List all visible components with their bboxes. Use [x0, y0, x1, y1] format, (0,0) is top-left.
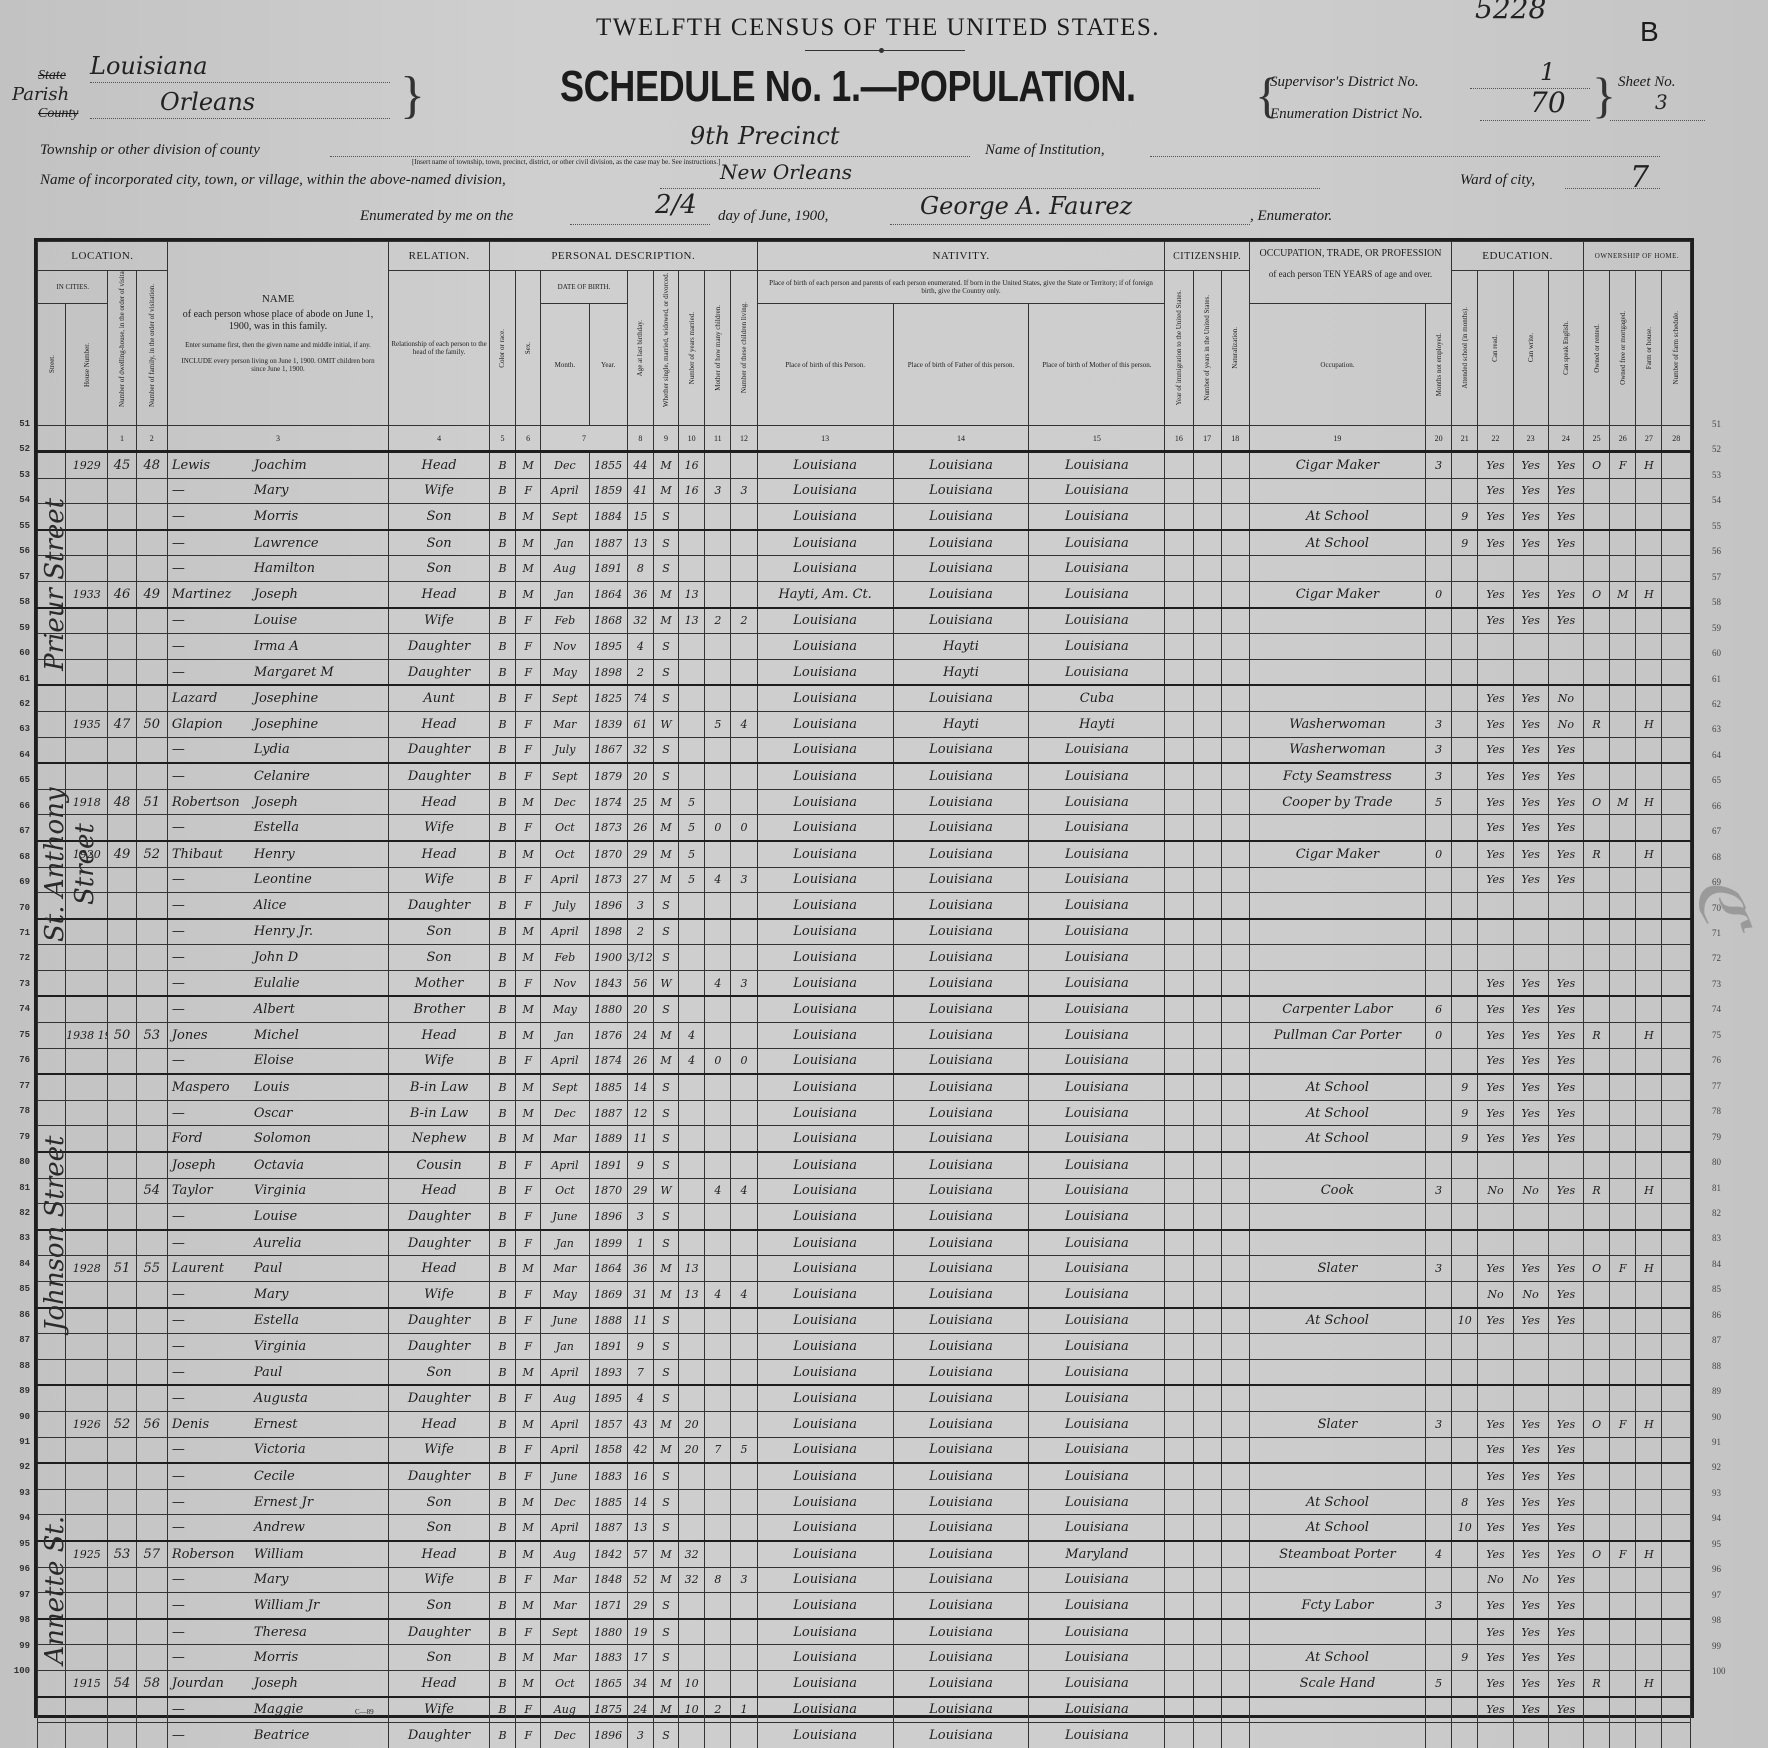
month-cell: May — [541, 1282, 589, 1308]
imm-cell — [1165, 1152, 1193, 1178]
pob-m-cell: Hayti — [1029, 711, 1165, 737]
color-cell: B — [489, 634, 515, 660]
age-cell: 31 — [627, 1282, 653, 1308]
pob-f-cell: Louisiana — [893, 1385, 1029, 1411]
farm-cell — [1636, 1308, 1662, 1334]
color-cell: B — [489, 893, 515, 919]
mother-of-cell — [705, 789, 731, 815]
pob-cell: Louisiana — [757, 530, 893, 556]
farm-sched-cell — [1662, 452, 1691, 479]
mother-of-cell — [705, 1152, 731, 1178]
ward-label: Ward of city, — [1460, 172, 1535, 189]
unemp-cell — [1426, 867, 1452, 893]
school-cell — [1452, 763, 1478, 789]
line-number: 84 — [2, 1259, 30, 1269]
marital-cell: M — [653, 815, 678, 841]
county-field-line — [90, 118, 390, 119]
pob-f-cell: Louisiana — [893, 1593, 1029, 1619]
school-cell — [1452, 1697, 1478, 1723]
farm-sched-cell — [1662, 1152, 1691, 1178]
living-cell — [731, 1359, 757, 1385]
family-cell — [136, 1515, 167, 1541]
sex-cell: F — [516, 685, 541, 711]
school-cell — [1452, 1359, 1478, 1385]
pob-cell: Louisiana — [757, 634, 893, 660]
living-cell: 3 — [731, 970, 757, 996]
surname: — — [168, 898, 254, 913]
relation-cell: Head — [389, 711, 490, 737]
family-cell — [136, 1074, 167, 1100]
immigration-header: Year of immigration to the United States… — [1165, 271, 1193, 426]
mother-of-cell: 4 — [705, 1178, 731, 1204]
yrs-married-cell — [679, 1359, 705, 1385]
occupation-cell — [1249, 815, 1425, 841]
unemp-cell: 0 — [1426, 581, 1452, 607]
age-cell: 9 — [627, 1334, 653, 1360]
school-cell — [1452, 945, 1478, 971]
farm-cell — [1636, 1619, 1662, 1645]
year-cell: 1887 — [589, 1515, 627, 1541]
farm-cell — [1636, 1489, 1662, 1515]
pob-m-cell: Louisiana — [1029, 763, 1165, 789]
month-cell: Sept — [541, 504, 589, 530]
farm-cell — [1636, 815, 1662, 841]
living-cell — [731, 1126, 757, 1152]
year-cell: 1825 — [589, 685, 627, 711]
imm-cell — [1165, 945, 1193, 971]
family-cell: 52 — [136, 841, 167, 867]
year-cell: 1876 — [589, 1023, 627, 1049]
pob-cell: Louisiana — [757, 1411, 893, 1437]
line-number-right: 55 — [1712, 521, 1721, 531]
marital-cell: S — [653, 504, 678, 530]
free-cell — [1610, 1437, 1636, 1463]
pob-m-cell: Louisiana — [1029, 1178, 1165, 1204]
age-cell: 8 — [627, 556, 653, 582]
color-cell: B — [489, 1359, 515, 1385]
pob-f-cell: Louisiana — [893, 1697, 1029, 1723]
occupation-cell — [1249, 478, 1425, 504]
free-cell — [1610, 867, 1636, 893]
free-cell — [1610, 685, 1636, 711]
institution-label: Name of Institution, — [985, 142, 1105, 159]
write-cell: Yes — [1513, 1593, 1548, 1619]
name-cell: —Hamilton — [167, 556, 388, 582]
pob-m-cell: Louisiana — [1029, 841, 1165, 867]
name-cell: —Henry Jr. — [167, 919, 388, 945]
mother-of-cell: 4 — [705, 867, 731, 893]
column-header-text: Can speak English. — [1562, 321, 1570, 375]
pob-m-cell: Louisiana — [1029, 970, 1165, 996]
occupation-cell: Fcty Seamstress — [1249, 763, 1425, 789]
mother-of-cell — [705, 996, 731, 1022]
marital-cell: S — [653, 919, 678, 945]
marital-cell: S — [653, 1230, 678, 1256]
brace-right: } — [1592, 66, 1616, 124]
relation-cell: Head — [389, 1023, 490, 1049]
yrs-us-cell — [1193, 1308, 1221, 1334]
given-name: Paul — [254, 1261, 282, 1276]
own-cell: O — [1584, 1256, 1610, 1282]
marital-cell: S — [653, 530, 678, 556]
surname: Joseph — [168, 1158, 254, 1173]
dwelling-header: Number of dwelling-house, in the order o… — [108, 271, 136, 426]
family-cell: 50 — [136, 711, 167, 737]
living-cell: 3 — [731, 478, 757, 504]
pob-m-cell: Louisiana — [1029, 1126, 1165, 1152]
yrs-us-cell — [1193, 1489, 1221, 1515]
line-number: 70 — [2, 903, 30, 913]
line-number-right: 94 — [1712, 1513, 1721, 1523]
age-cell: 13 — [627, 1515, 653, 1541]
sex-cell: M — [516, 1489, 541, 1515]
month-cell: April — [541, 1359, 589, 1385]
table-row: —TheresaDaughterBFSept188019SLouisianaLo… — [38, 1619, 1691, 1645]
given-name: Virginia — [254, 1183, 306, 1198]
pob-f-cell: Louisiana — [893, 556, 1029, 582]
sex-cell: F — [516, 1723, 541, 1748]
year-cell: 1885 — [589, 1074, 627, 1100]
year-cell: 1895 — [589, 1385, 627, 1411]
pob-m-cell: Louisiana — [1029, 1282, 1165, 1308]
name-cell: RobersonWilliam — [167, 1541, 388, 1567]
speak-cell: Yes — [1548, 1619, 1583, 1645]
line-number-right: 54 — [1712, 495, 1721, 505]
street-name-label: Annette St. — [40, 1488, 68, 1692]
speak-cell: Yes — [1548, 867, 1583, 893]
write-cell: Yes — [1513, 1048, 1548, 1074]
name-cell: —Victoria — [167, 1437, 388, 1463]
mother-of-cell — [705, 1489, 731, 1515]
farm-sched-cell — [1662, 1541, 1691, 1567]
pob-f-cell: Louisiana — [893, 919, 1029, 945]
group-ownership: OWNERSHIP OF HOME. — [1584, 242, 1691, 271]
school-cell: 10 — [1452, 1515, 1478, 1541]
yrs-us-cell — [1193, 608, 1221, 634]
sex-cell: F — [516, 608, 541, 634]
mother-of-cell — [705, 1126, 731, 1152]
pob-cell: Louisiana — [757, 893, 893, 919]
sex-cell: M — [516, 1645, 541, 1671]
year-cell: 1855 — [589, 452, 627, 479]
age-cell: 36 — [627, 581, 653, 607]
line-number: 51 — [2, 419, 30, 429]
dob-header: DATE OF BIRTH. — [541, 271, 628, 304]
sheet-side-letter: B — [1640, 16, 1659, 48]
given-name: Aurelia — [254, 1236, 302, 1251]
house-cell — [66, 919, 108, 945]
pob-f-cell: Louisiana — [893, 1308, 1029, 1334]
table-row: 19184851RobertsonJosephHeadBMDec187425M5… — [38, 789, 1691, 815]
line-number-right: 93 — [1712, 1488, 1721, 1498]
table-row: —LydiaDaughterBFJuly186732SLouisianaLoui… — [38, 737, 1691, 763]
speak-cell — [1548, 556, 1583, 582]
farm-sched-cell — [1662, 478, 1691, 504]
line-number-right: 99 — [1712, 1641, 1721, 1651]
name-cell: RobertsonJoseph — [167, 789, 388, 815]
school-cell — [1452, 737, 1478, 763]
living-cell — [731, 1256, 757, 1282]
own-cell — [1584, 1489, 1610, 1515]
occupation-cell: Scale Hand — [1249, 1670, 1425, 1696]
mother-of-cell — [705, 1670, 731, 1696]
own-cell — [1584, 1074, 1610, 1100]
write-cell: Yes — [1513, 841, 1548, 867]
name-cell: —Estella — [167, 1308, 388, 1334]
mother-of-cell — [705, 634, 731, 660]
column-header-text: Number of farm schedule. — [1672, 311, 1680, 384]
write-cell — [1513, 1334, 1548, 1360]
pob-m-cell: Louisiana — [1029, 1048, 1165, 1074]
occupation-cell: At School — [1249, 1074, 1425, 1100]
house-cell — [66, 1100, 108, 1126]
year-cell: 1896 — [589, 1723, 627, 1748]
pob-cell: Louisiana — [757, 1489, 893, 1515]
dwelling-cell — [108, 1463, 136, 1489]
year-cell: 1880 — [589, 996, 627, 1022]
relation-cell: Daughter — [389, 1619, 490, 1645]
nat-cell — [1221, 1567, 1249, 1593]
imm-cell — [1165, 1645, 1193, 1671]
yrs-us-cell — [1193, 556, 1221, 582]
age-cell: 74 — [627, 685, 653, 711]
marital-cell: S — [653, 1100, 678, 1126]
speak-cell — [1548, 893, 1583, 919]
free-cell — [1610, 1204, 1636, 1230]
surname: Jourdan — [168, 1676, 254, 1691]
ward-value: 7 — [1630, 160, 1649, 195]
surname: — — [168, 1209, 254, 1224]
pob-m-cell: Louisiana — [1029, 1723, 1165, 1748]
unemp-cell — [1426, 1048, 1452, 1074]
table-row: 19354750GlapionJosephineHeadBFMar183961W… — [38, 711, 1691, 737]
yrs-married-cell: 16 — [679, 452, 705, 479]
mother-of-cell: 2 — [705, 608, 731, 634]
imm-cell — [1165, 1256, 1193, 1282]
mother-of-cell — [705, 504, 731, 530]
school-cell — [1452, 867, 1478, 893]
surname: — — [168, 1391, 254, 1406]
speak-cell: No — [1548, 711, 1583, 737]
pob-m-cell: Louisiana — [1029, 530, 1165, 556]
yrs-us-cell — [1193, 996, 1221, 1022]
pob-m-cell: Louisiana — [1029, 556, 1165, 582]
line-number: 67 — [2, 826, 30, 836]
living-cell — [731, 452, 757, 479]
family-cell — [136, 1126, 167, 1152]
read-cell: Yes — [1478, 1541, 1513, 1567]
unemp-cell — [1426, 1385, 1452, 1411]
yrs-us-cell — [1193, 1593, 1221, 1619]
sex-cell: M — [516, 1100, 541, 1126]
farm-cell — [1636, 504, 1662, 530]
line-number: 87 — [2, 1335, 30, 1345]
age-cell: 4 — [627, 634, 653, 660]
given-name: Augusta — [254, 1391, 308, 1406]
dwelling-cell — [108, 1619, 136, 1645]
unemp-cell — [1426, 608, 1452, 634]
relation-cell: Son — [389, 556, 490, 582]
occupation-cell: Cigar Maker — [1249, 581, 1425, 607]
yrs-us-cell — [1193, 919, 1221, 945]
age-cell: 44 — [627, 452, 653, 479]
month-cell: July — [541, 893, 589, 919]
nat-cell — [1221, 996, 1249, 1022]
yrs-married-cell: 13 — [679, 581, 705, 607]
pob-m-cell: Louisiana — [1029, 504, 1165, 530]
yrs-us-cell — [1193, 763, 1221, 789]
column-header-text: Number of years married. — [688, 312, 696, 384]
pob-m-cell: Louisiana — [1029, 996, 1165, 1022]
house-cell — [66, 1567, 108, 1593]
nat-cell — [1221, 1489, 1249, 1515]
occupation-cell: At School — [1249, 530, 1425, 556]
table-row: —CecileDaughterBFJune188316SLouisianaLou… — [38, 1463, 1691, 1489]
school-cell — [1452, 841, 1478, 867]
unemp-cell — [1426, 659, 1452, 685]
speak-cell: Yes — [1548, 530, 1583, 556]
farm-sched-cell — [1662, 1645, 1691, 1671]
column-header-text: Owned or rented. — [1593, 324, 1601, 373]
speak-cell — [1548, 1334, 1583, 1360]
age-cell: 26 — [627, 815, 653, 841]
line-number: 55 — [2, 521, 30, 531]
yrs-us-cell — [1193, 634, 1221, 660]
free-cell — [1610, 1230, 1636, 1256]
yrs-us-cell — [1193, 1334, 1221, 1360]
school-cell — [1452, 996, 1478, 1022]
nat-cell — [1221, 1256, 1249, 1282]
pob-m-cell: Maryland — [1029, 1541, 1165, 1567]
free-cell — [1610, 1048, 1636, 1074]
table-row: —AlbertBrotherBMMay188020SLouisianaLouis… — [38, 996, 1691, 1022]
occupation-cell — [1249, 556, 1425, 582]
pob-cell: Louisiana — [757, 1256, 893, 1282]
color-cell: B — [489, 452, 515, 479]
pob-f-cell: Louisiana — [893, 763, 1029, 789]
yrs-us-cell — [1193, 970, 1221, 996]
imm-cell — [1165, 1204, 1193, 1230]
pob-f-cell: Louisiana — [893, 737, 1029, 763]
family-cell — [136, 1334, 167, 1360]
table-row: JosephOctaviaCousinBFApril18919SLouisian… — [38, 1152, 1691, 1178]
dwelling-cell — [108, 893, 136, 919]
farm-sched-cell — [1662, 1230, 1691, 1256]
farm-sched-cell — [1662, 1204, 1691, 1230]
color-cell: B — [489, 1074, 515, 1100]
column-header-text: Can write. — [1527, 333, 1535, 362]
occupation-cell — [1249, 608, 1425, 634]
family-cell — [136, 763, 167, 789]
unemp-cell — [1426, 634, 1452, 660]
name-cell: —William Jr — [167, 1593, 388, 1619]
age-cell: 2 — [627, 919, 653, 945]
age-cell: 11 — [627, 1308, 653, 1334]
children-living-header: Number of these children living. — [731, 271, 757, 426]
imm-cell — [1165, 685, 1193, 711]
marital-cell: S — [653, 1334, 678, 1360]
farm-cell — [1636, 1152, 1662, 1178]
dwelling-cell — [108, 659, 136, 685]
school-cell — [1452, 1437, 1478, 1463]
speak-cell: Yes — [1548, 1411, 1583, 1437]
house-cell — [66, 1204, 108, 1230]
family-cell — [136, 1567, 167, 1593]
mother-of-cell — [705, 1230, 731, 1256]
marital-cell: S — [653, 556, 678, 582]
imm-cell — [1165, 867, 1193, 893]
given-name: Octavia — [254, 1158, 304, 1173]
free-cell — [1610, 1334, 1636, 1360]
write-cell: Yes — [1513, 1645, 1548, 1671]
house-cell: 1929 — [66, 452, 108, 479]
table-row: 19155458JourdanJosephHeadBMOct186534M10L… — [38, 1670, 1691, 1696]
farm-sched-cell — [1662, 789, 1691, 815]
farm-cell: H — [1636, 452, 1662, 479]
farm-cell: H — [1636, 841, 1662, 867]
surname: — — [168, 536, 254, 551]
free-cell — [1610, 478, 1636, 504]
school-cell — [1452, 919, 1478, 945]
street-cell — [38, 1697, 66, 1723]
enumerator-label: , Enumerator. — [1250, 208, 1332, 225]
read-cell: Yes — [1478, 1023, 1513, 1049]
sex-cell: F — [516, 1178, 541, 1204]
write-cell — [1513, 659, 1548, 685]
pob-cell: Louisiana — [757, 659, 893, 685]
township-value: 9th Precinct — [690, 122, 839, 150]
school-cell — [1452, 1619, 1478, 1645]
free-cell — [1610, 1152, 1636, 1178]
read-cell — [1478, 919, 1513, 945]
marital-cell: M — [653, 1282, 678, 1308]
occupation-cell — [1249, 1697, 1425, 1723]
month-cell: June — [541, 1463, 589, 1489]
marital-cell: S — [653, 1308, 678, 1334]
sex-cell: F — [516, 1697, 541, 1723]
mother-of-cell: 4 — [705, 970, 731, 996]
year-cell: 1884 — [589, 504, 627, 530]
read-cell — [1478, 1385, 1513, 1411]
month-cell: Sept — [541, 1074, 589, 1100]
write-cell: Yes — [1513, 737, 1548, 763]
name-cell: JourdanJoseph — [167, 1670, 388, 1696]
age-cell: 14 — [627, 1489, 653, 1515]
line-number: 54 — [2, 495, 30, 505]
line-number: 63 — [2, 724, 30, 734]
marital-cell: M — [653, 581, 678, 607]
house-cell — [66, 1230, 108, 1256]
line-number-right: 96 — [1712, 1564, 1721, 1574]
in-cities-header: IN CITIES. — [38, 271, 108, 304]
color-cell: B — [489, 1463, 515, 1489]
surname: — — [168, 1520, 254, 1535]
school-cell — [1452, 1541, 1478, 1567]
marital-cell: S — [653, 1645, 678, 1671]
yrs-married-cell — [679, 1308, 705, 1334]
month-cell: Sept — [541, 1619, 589, 1645]
dwelling-cell — [108, 1385, 136, 1411]
pob-cell: Louisiana — [757, 1178, 893, 1204]
age-cell: 16 — [627, 1463, 653, 1489]
farm-sched-cell — [1662, 530, 1691, 556]
yrs-married-cell — [679, 1152, 705, 1178]
table-row: —AliceDaughterBFJuly18963SLouisianaLouis… — [38, 893, 1691, 919]
yrs-us-cell — [1193, 945, 1221, 971]
speak-cell: Yes — [1548, 1023, 1583, 1049]
name-cell: —Eloise — [167, 1048, 388, 1074]
column-header-text: Number of years in the United States. — [1203, 295, 1211, 401]
